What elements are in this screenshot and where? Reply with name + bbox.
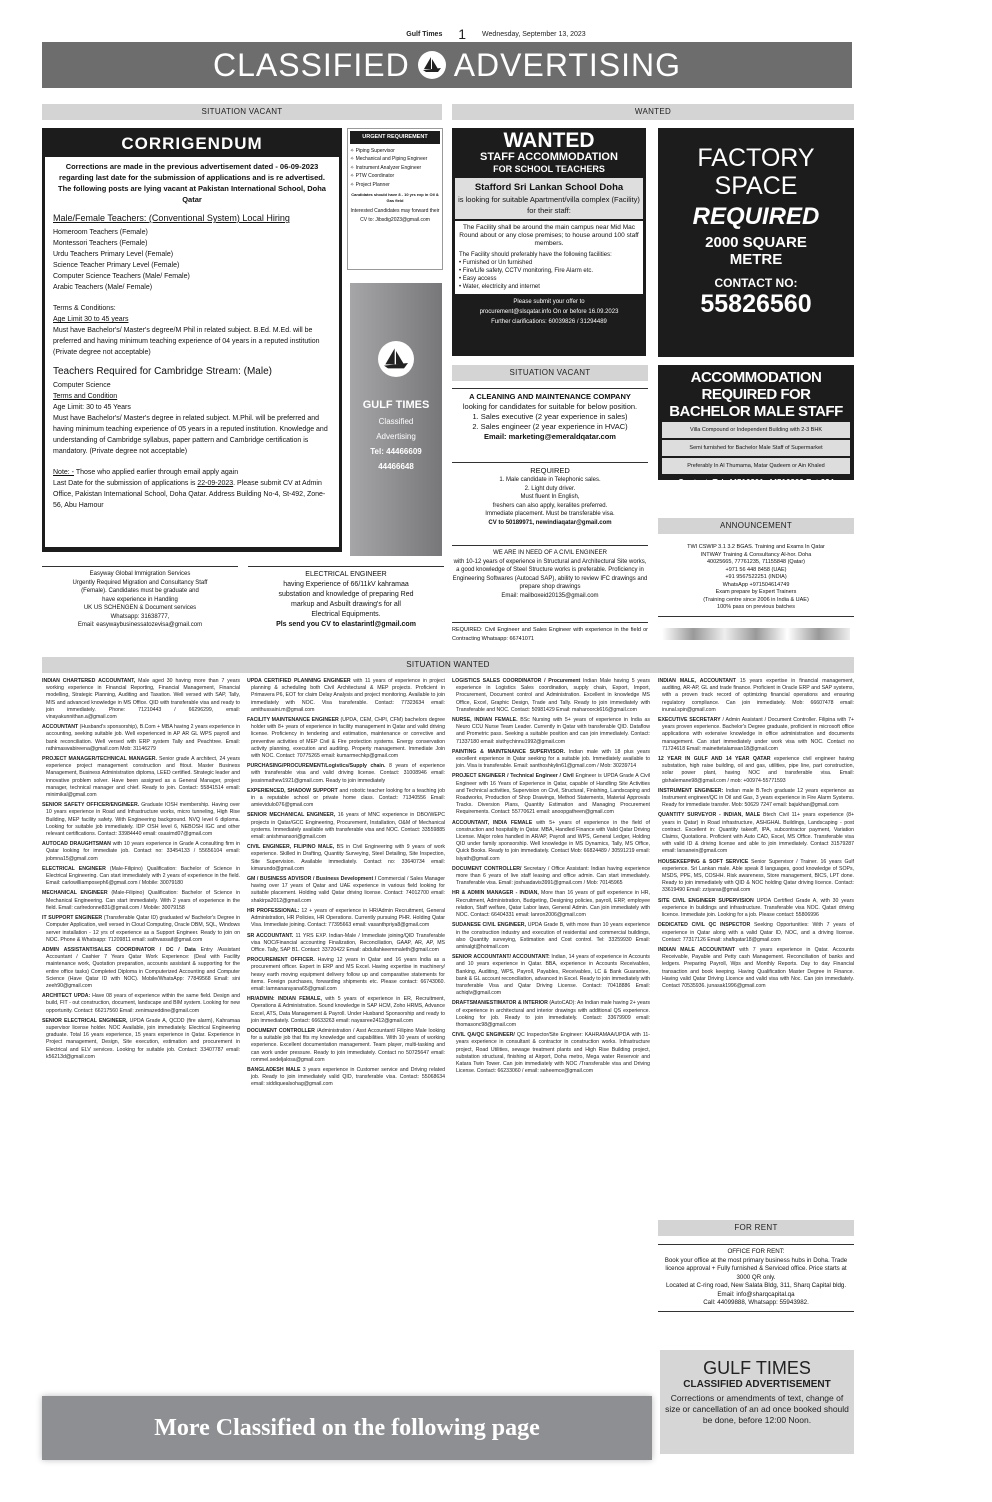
- easyway-ad: Easyway Global Immigration Services Urge…: [42, 566, 238, 630]
- terms-label-2: Terms and Condition: [53, 391, 331, 402]
- easyway-line: UK US SCHENGEN & Document services: [42, 604, 238, 613]
- submit-text: Please submit your offer to: [455, 297, 643, 307]
- listing-item: CIVIL QA/QC ENGINEER/ QC Inspector/Site …: [452, 1032, 650, 1075]
- listing-item: AUTOCAD DRAUGHTSMAN with 10 years experi…: [42, 841, 240, 863]
- listing-item: HR PROFESSIONAL: 12 + years of experienc…: [247, 908, 445, 930]
- accommodation-required-ad: ACCOMMODATION REQUIRED FOR BACHELOR MALE…: [658, 365, 854, 480]
- note-label: Note: -: [53, 469, 74, 476]
- listing-item: GM / BUSINESS ADVISOR / Business Develop…: [247, 876, 445, 905]
- listing-text: Senior grade A architect, 24 years exper…: [46, 756, 240, 798]
- wanted-accommodation-ad: WANTED STAFF ACCOMMODATION FOR SCHOOL TE…: [452, 128, 646, 356]
- announcement-line: TWI CSWIP 3.1 3.2 BGAS. Training and Exa…: [658, 544, 854, 552]
- announcement-line: 100% pass on previous batches: [658, 604, 854, 612]
- listing-heading: INDIAN MALE, ACCOUNTANT: [658, 678, 736, 684]
- cleaning-line: 1. Sales executive (2 year experience in…: [452, 412, 648, 422]
- listing-heading: PROCUREMENT OFFICER.: [247, 957, 315, 963]
- heading-local-hiring: Male/Female Teachers: (Conventional Syst…: [53, 213, 331, 224]
- listing-heading: AUTOCAD DRAUGHTSMAN: [42, 841, 111, 847]
- required-line: freshers can also apply, keralites prefe…: [452, 502, 648, 511]
- listing-heading: CIVIL QA/QC ENGINEER/: [452, 1032, 515, 1038]
- easyway-line: (Female). Candidates must be graduate an…: [42, 587, 238, 596]
- listing-heading: HOUSEKEEPING & SOFT SERVICE: [658, 859, 748, 865]
- accommodation-title: ACCOMMODATION REQUIRED FOR BACHELOR MALE…: [662, 369, 850, 420]
- promo-line1: Classified: [350, 417, 442, 426]
- listing-heading: HR PROFESSIONAL:: [247, 908, 299, 914]
- more-classified-banner: More Classified on the following page: [42, 1396, 652, 1460]
- listing-item: SENIOR MECHANICAL ENGINEER, 16 years of …: [247, 812, 445, 841]
- urgent-item: ✧ Piping Supervisor: [350, 147, 440, 156]
- listing-heading: HR/ADMIN: INDIAN FEMALE,: [247, 996, 322, 1002]
- accommodation-row: Semi furnished for Bachelor Male Staff o…: [662, 440, 850, 456]
- publication-name: Gulf Times: [406, 31, 442, 38]
- urgent-title: URGENT REQUIREMENT: [350, 131, 440, 144]
- electrical-line: substation and knowledge of preparing Re…: [248, 590, 444, 600]
- listing-item: ELECTRICAL ENGINEER (Male-Filipino) Qual…: [42, 866, 240, 888]
- listing-heading: EXECUTIVE SECRETARY: [658, 717, 721, 723]
- post-item: Montessori Teachers (Female): [53, 238, 331, 249]
- listing-heading: ARCHITECT UPDA:: [42, 993, 90, 999]
- gt-notice-text: Corrections or amendments of text, chang…: [660, 1391, 854, 1428]
- promo-tel2: 44466648: [350, 462, 442, 471]
- factory-l3: REQUIRED: [658, 200, 854, 234]
- post-item: Computer Science Teachers (Male/ Female): [53, 271, 331, 282]
- listing-item: DOCUMENT CONTROLLER/ Secretary / Office …: [452, 866, 650, 888]
- urgent-contact: Interested Candidates may forward their …: [350, 207, 440, 224]
- accommodation-row: Preferably In Al Thumama, Matar Qadeem o…: [662, 458, 850, 474]
- dhow-logo-icon: [378, 341, 414, 377]
- civil-email: Email: mailboxeid20135@gmail.com: [452, 592, 648, 601]
- section-announcement: ANNOUNCEMENT: [658, 518, 854, 534]
- corrigendum-lead: Corrections are made in the previous adv…: [53, 161, 331, 205]
- factory-contact-label: CONTACT NO:: [658, 276, 854, 290]
- listing-heading: SENIOR ELECTRICAL ENGINEER,: [42, 1018, 127, 1024]
- listing-heading: SR ACCOUNTANT.: [247, 933, 293, 939]
- gt-title: GULF TIMES: [660, 1358, 854, 1378]
- office-for-rent-ad: OFFICE FOR RENT: Book your office at the…: [658, 1244, 854, 1312]
- listing-heading: PROJECT MANAGER/TECHNICAL MANAGER.: [42, 756, 157, 762]
- listing-heading: BANGLADESH MALE: [247, 1067, 301, 1073]
- situation-wanted-col2: UPDA CERTIFIED PLANNING ENGINEER with 11…: [247, 678, 445, 1390]
- listing-heading: FACILITY MAINTENANCE ENGINEER: [247, 717, 339, 723]
- listing-item: HOUSEKEEPING & SOFT SERVICE Senior Super…: [658, 859, 854, 895]
- listing-text: with 7 years experience in Qatar. Accoun…: [662, 947, 854, 989]
- listing-heading: SENIOR MECHANICAL ENGINEER,: [247, 812, 335, 818]
- subject: Computer Science: [53, 380, 331, 391]
- urgent-item: ✧ Mechanical and Piping Engineer: [350, 155, 440, 164]
- decorative-gradient-bar: [662, 628, 850, 640]
- urgent-item: ✧ Project Planner: [350, 181, 440, 190]
- listing-item: PURCHASING/PROCUREMENT/Logistics/Supply …: [247, 763, 445, 785]
- listing-heading: SENIOR ACCOUNTANT/ ACCOUNTANT:: [452, 954, 550, 960]
- listing-item: ACCOUNTANT (Husband's sponsorship), B.Co…: [42, 724, 240, 753]
- listing-heading: ACCOUNTANT, INDIA FEMALE: [452, 820, 532, 826]
- electrical-line: markup and Asbuilt drawing's for all: [248, 600, 444, 610]
- listing-item: INDIAN MALE, ACCOUNTANT 15 years experti…: [658, 678, 854, 714]
- listing-heading: INSTRUMENT ENGINEER:: [658, 788, 723, 794]
- last-date-text: Last Date for the submission of applicat…: [53, 478, 331, 511]
- listing-item: LOGISTICS SALES COORDINATOR / Procuremen…: [452, 678, 650, 714]
- wanted-subtitle2: FOR SCHOOL TEACHERS: [455, 163, 643, 175]
- listing-text: Male aged 30 having more than 7 years wo…: [46, 678, 240, 720]
- cleaning-line: 2. Sales engineer (2 year experience in …: [452, 422, 648, 432]
- listing-heading: ELECTRICAL ENGINEER: [42, 866, 106, 872]
- easyway-line: Easyway Global Immigration Services: [42, 570, 238, 579]
- submit-email: procurement@slsqatar.info On or before 1…: [455, 307, 643, 317]
- note-text: Those who applied earlier through email …: [76, 469, 238, 476]
- listing-heading: QUANTITY SURVEYOR - INDIAN, MALE: [658, 812, 760, 818]
- urgent-requirement-ad: URGENT REQUIREMENT ✧ Piping Supervisor ✧…: [347, 128, 443, 270]
- required-line: Immediate placement. Must be transferabl…: [452, 510, 648, 519]
- facility-item: • Fire/Life safety, CCTV monitoring, Fir…: [459, 267, 639, 275]
- cleaning-title: A CLEANING AND MAINTENANCE COMPANY: [452, 392, 648, 402]
- listing-item: EXPERIENCED, SHADOW SUPPORT and robotic …: [247, 788, 445, 810]
- listing-item: DEDICATED CIVIL QC INSPECTOR Seeking Opp…: [658, 922, 854, 944]
- factory-l4: 2000 SQUARE: [658, 234, 854, 251]
- listing-item: SENIOR SAFETY OFFICER/ENGINEER. Graduate…: [42, 802, 240, 838]
- last-date-pre: Last Date for the submission of applicat…: [53, 480, 195, 487]
- required-line: 2. Light duty driver.: [452, 485, 648, 494]
- listing-item: MECHANICAL ENGINEER (Male-Filipino) Qual…: [42, 890, 240, 912]
- requirement-text: Must have Bachelor's/ Master's degree/M …: [53, 325, 331, 358]
- announcement-line: INTWAY Training & Consultancy Al-hor. Do…: [658, 552, 854, 560]
- listing-heading: LOGISTICS SALES COORDINATOR / Procuremen…: [452, 678, 580, 684]
- civil-engineer-ad: WE ARE IN NEED OF A CIVIL ENGINEER with …: [452, 545, 648, 600]
- heading-cambridge: Teachers Required for Cambridge Stream: …: [53, 366, 331, 377]
- rent-line: Located at C-ring road, New Salata Bldg,…: [658, 1282, 854, 1291]
- rent-call: Call: 44099888, Whatsapp: 55943982.: [658, 1299, 854, 1308]
- listing-item: PAINTING & MAINTENANCE SUPERVISOR. India…: [452, 749, 650, 771]
- listing-heading: DOCUMENT CONTROLLER/: [452, 866, 522, 872]
- urgent-item: ✧ PTW Coordinator: [350, 172, 440, 181]
- section-for-rent: FOR RENT: [658, 1220, 854, 1236]
- facility-item: • Furnished or Un furnished: [459, 259, 639, 267]
- listing-item: ADMIN ASSISTANT/SALES COORDINATOR / DC /…: [42, 947, 240, 990]
- factory-contact-number: 55826560: [658, 290, 854, 319]
- listing-heading: CIVIL ENGINEER, FILIPINO MALE,: [247, 844, 334, 850]
- listing-item: SITE CIVIL ENGINEER SUPERVISION UPDA Cer…: [658, 898, 854, 920]
- listing-item: UPDA CERTIFIED PLANNING ENGINEER with 11…: [247, 678, 445, 714]
- situation-wanted-col3: LOGISTICS SALES COORDINATOR / Procuremen…: [452, 678, 650, 1390]
- announcement-ad: TWI CSWIP 3.1 3.2 BGAS. Training and Exa…: [658, 544, 854, 617]
- post-item: Science Teacher Primary Level (Female): [53, 260, 331, 271]
- listing-item: BANGLADESH MALE 3 years experience in Cu…: [247, 1067, 445, 1089]
- required-line: Must fluent In English,: [452, 493, 648, 502]
- listing-heading: PAINTING & MAINTENANCE SUPERVISOR.: [452, 749, 565, 755]
- banner-left: CLASSIFIED: [213, 47, 410, 84]
- dhow-logo-icon: [418, 51, 446, 79]
- age-limit: Age Limit 30 to 45 years: [53, 314, 331, 325]
- listing-item: 12 YEAR IN GULF AND 14 YEAR QATAR experi…: [658, 756, 854, 785]
- listing-heading: HR & ADMIN MANAGER - INDIAN,: [452, 890, 539, 896]
- classified-banner: CLASSIFIED ADVERTISING: [42, 42, 852, 88]
- listing-item: HR & ADMIN MANAGER - INDIAN, More than 1…: [452, 890, 650, 919]
- facility-item: • Easy access: [459, 275, 639, 283]
- listing-heading: UPDA CERTIFIED PLANNING ENGINEER: [247, 678, 351, 684]
- civil-body: with 10-12 years of experience in Struct…: [452, 558, 648, 592]
- announcement-line: 40025665, 77761235, 71155848 (Qatar): [658, 559, 854, 567]
- listing-item: DRAFTSMAN/ESTIMATOR & INTERIOR (AutoCAD)…: [452, 1000, 650, 1029]
- required-ad: REQUIRED 1. Male candidate in Telephonic…: [452, 462, 648, 527]
- listing-heading: SUDANESE CIVIL ENGINEER,: [452, 922, 526, 928]
- listing-heading: INDIAN CHARTERED ACCOUNTANT,: [42, 678, 135, 684]
- wanted-title: WANTED: [455, 131, 643, 151]
- listing-heading: PURCHASING/PROCUREMENT/Logistics/Supply …: [247, 763, 385, 769]
- listing-item: SENIOR ELECTRICAL ENGINEER, UPDA Grade A…: [42, 1018, 240, 1061]
- listing-heading: DRAFTSMAN/ESTIMATOR & INTERIOR: [452, 1000, 548, 1006]
- listing-item: QUANTITY SURVEYOR - INDIAN, MALE Btech C…: [658, 812, 854, 855]
- listing-heading: SENIOR SAFETY OFFICER/ENGINEER.: [42, 802, 139, 808]
- listing-heading: ADMIN ASSISTANT/SALES COORDINATOR / DC /…: [42, 947, 196, 953]
- listing-heading: EXPERIENCED, SHADOW SUPPORT: [247, 788, 338, 794]
- age-limit-2: Age Limit: 30 to 45 Years: [53, 402, 331, 413]
- facility-item: • Water, electricity and internet: [459, 283, 639, 291]
- listing-heading: ACCOUNTANT: [42, 724, 78, 730]
- listing-item: SENIOR ACCOUNTANT/ ACCOUNTANT: Indian, 1…: [452, 954, 650, 997]
- listing-text: Entry /Assistant Accountant / Cashier 7 …: [46, 947, 240, 989]
- announcement-line: +91 9567522251 (INDIA): [658, 574, 854, 582]
- promo-name: GULF TIMES: [350, 399, 442, 411]
- easyway-line: Urgently Required Migration and Consulta…: [42, 579, 238, 588]
- urgent-item: ✧ Instrument Analyzer Engineer: [350, 164, 440, 173]
- situation-wanted-col1: INDIAN CHARTERED ACCOUNTANT, Male aged 3…: [42, 678, 240, 1390]
- required-civil-sales-ad: REQUIRED: Civil Engineer and Sales Engin…: [452, 622, 648, 643]
- factory-space-ad: FACTORY SPACE REQUIRED 2000 SQUARE METRE…: [658, 128, 854, 357]
- issue-date: Wednesday, September 13, 2023: [482, 31, 586, 38]
- listing-item: PROJECT MANAGER/TECHNICAL MANAGER. Senio…: [42, 756, 240, 799]
- required-contact: CV to 50189971, newindiaqatar@gmail.com: [452, 519, 648, 528]
- listing-text: Btech Civil 11+ years experience (8+ yea…: [662, 812, 854, 854]
- listing-heading: 12 YEAR IN GULF AND 14 YEAR QATAR: [658, 756, 771, 762]
- post-item: Urdu Teachers Primary Level (Female): [53, 249, 331, 260]
- electrical-contact: Pls send you CV to elastarintl@gmail.com: [248, 620, 444, 630]
- announcement-line: +971 56 448 8458 (UAE): [658, 567, 854, 575]
- section-situation-vacant-2: SITUATION VACANT: [452, 365, 648, 381]
- announcement-line: Exam prepare by Expert Trainers: [658, 589, 854, 597]
- required-title: REQUIRED: [452, 466, 648, 476]
- electrical-title: ELECTRICAL ENGINEER: [248, 570, 444, 580]
- section-wanted: WANTED: [452, 104, 854, 120]
- accommodation-row: Villa Compound or Independent Building w…: [662, 422, 850, 438]
- listing-heading: PROJECT ENGINEER / Technical Engineer / …: [452, 773, 574, 779]
- school-box: Stafford Sri Lankan School Dohais lookin…: [455, 178, 643, 219]
- corrigendum-title: CORRIGENDUM: [45, 131, 339, 157]
- listing-item: INSTRUMENT ENGINEER: Indian male B.Tech …: [658, 788, 854, 810]
- post-item: Arabic Teachers (Male/ Female): [53, 282, 331, 293]
- listing-item: SUDANESE CIVIL ENGINEER, UPDA Grade B, w…: [452, 922, 650, 951]
- factory-l1: FACTORY: [658, 144, 854, 172]
- rent-email: Email: info@sharqcapital.qa: [658, 1291, 854, 1300]
- wanted-subtitle: STAFF ACCOMMODATION: [455, 151, 643, 163]
- listing-item: ACCOUNTANT, INDIA FEMALE with 5+ years o…: [452, 820, 650, 863]
- post-item: Homeroom Teachers (Female): [53, 227, 331, 238]
- listing-item: ARCHITECT UPDA: Have 08 years of experie…: [42, 993, 240, 1015]
- listing-item: CIVIL ENGINEER, FILIPINO MALE, BS in Civ…: [247, 844, 445, 873]
- factory-l2: SPACE: [658, 172, 854, 200]
- listing-heading: MECHANICAL ENGINEER: [42, 890, 108, 896]
- listing-heading: DOCUMENT CONTROLLER: [247, 1028, 315, 1034]
- listing-item: NURSE, INDIAN FEMALE. BSc Nursing with 5…: [452, 717, 650, 746]
- terms-label: Terms & Conditions:: [53, 303, 331, 314]
- listing-item: PROJECT ENGINEER / Technical Engineer / …: [452, 773, 650, 816]
- facility-location: The Facility shall be around the main ca…: [459, 224, 639, 248]
- listing-item: PROCUREMENT OFFICER. Having 12 years in …: [247, 957, 445, 993]
- listing-text: Engineer is UPDA Grade A Civil Engineer …: [456, 773, 650, 815]
- civil-title: WE ARE IN NEED OF A CIVIL ENGINEER: [452, 549, 648, 558]
- required-line: 1. Male candidate in Telephonic sales.: [452, 476, 648, 485]
- facility-pref: The Facility should preferably have the …: [459, 251, 639, 259]
- listing-heading: INDIAN MALE ACCOUNTANT: [658, 947, 735, 953]
- listing-item: DOCUMENT CONTROLLER /Administration / As…: [247, 1028, 445, 1064]
- accommodation-timing: (Contact timing: Sunday- Thursday 8:00 A…: [662, 487, 850, 493]
- easyway-line: Email: easywaybusinessatozevisa@gmail.co…: [42, 621, 238, 630]
- listing-item: FACILITY MAINTENANCE ENGINEER (UPDA, CEM…: [247, 717, 445, 760]
- gulf-times-promo: GULF TIMES Classified Advertising Tel: 4…: [350, 283, 442, 556]
- cleaning-line: looking for candidates for suitable for …: [452, 402, 648, 412]
- facility-box: The Facility shall be around the main ca…: [455, 221, 643, 294]
- corrigendum-ad: CORRIGENDUM Corrections are made in the …: [42, 128, 342, 552]
- listing-item: HR/ADMIN: INDIAN FEMALE, with 5 years of…: [247, 996, 445, 1025]
- gt-subtitle: CLASSIFIED ADVERTISEMENT: [660, 1378, 854, 1391]
- rent-title: OFFICE FOR RENT:: [658, 1248, 854, 1257]
- easyway-line: Whatsapp: 31638777,: [42, 613, 238, 622]
- listing-heading: SITE CIVIL ENGINEER SUPERVISION: [658, 898, 754, 904]
- further-contact: Further clarifications: 60039826 / 31294…: [455, 317, 643, 327]
- cleaning-company-ad: A CLEANING AND MAINTENANCE COMPANY looki…: [452, 388, 648, 442]
- listing-text: QC Inspector/Site Engineer: KAHRAMAA/UPD…: [456, 1032, 650, 1074]
- page-number: 1: [458, 26, 466, 42]
- listing-text: UPDA Grade A, QCDD (fire alarm), Kahrama…: [46, 1018, 240, 1060]
- listing-text: (UPDA, CEM, CHPI, CFM) bachelors degree …: [251, 717, 445, 759]
- easyway-line: have experience in Handling: [42, 596, 238, 605]
- gulf-times-classified-notice: GULF TIMES CLASSIFIED ADVERTISEMENT Corr…: [660, 1350, 854, 1454]
- last-date: 22-09-2023: [197, 480, 233, 487]
- note: Note: - Those who applied earlier throug…: [53, 467, 331, 478]
- school-looking: is looking for suitable Apartment/villa …: [458, 195, 640, 215]
- electrical-line: Electrical Equipments.: [248, 610, 444, 620]
- factory-l5: METRE: [658, 251, 854, 268]
- requirement-text-2: Must have Bachelor's/ Master's degree in…: [53, 413, 331, 457]
- section-situation-wanted: SITUATION WANTED: [42, 657, 854, 673]
- listing-item: SR ACCOUNTANT. 11 YRS EXP. Indian-Male /…: [247, 933, 445, 955]
- listing-text: with 5+ years of experience in the field…: [456, 820, 650, 862]
- accommodation-contact: Contact: Tel. 44516301, 44516302 Ext 234: [662, 478, 850, 487]
- listing-item: INDIAN CHARTERED ACCOUNTANT, Male aged 3…: [42, 678, 240, 721]
- urgent-note: Candidates should have 8 - 10 yrs exp in…: [350, 192, 440, 204]
- listing-item: INDIAN MALE ACCOUNTANT with 7 years expe…: [658, 947, 854, 990]
- announcement-line: WhatsApp +971504614749: [658, 582, 854, 590]
- listing-heading: IT SUPPORT ENGINEER: [42, 915, 102, 921]
- cleaning-email: Email: marketing@emeraldqatar.com: [452, 432, 648, 442]
- situation-wanted-col4: INDIAN MALE, ACCOUNTANT 15 years experti…: [658, 678, 854, 1210]
- school-name: Stafford Sri Lankan School Doha: [457, 181, 641, 194]
- masthead-info: Gulf Times 1 Wednesday, September 13, 20…: [0, 26, 992, 42]
- listing-heading: GM / BUSINESS ADVISOR / Business Develop…: [247, 876, 376, 882]
- listing-heading: NURSE, INDIAN FEMALE.: [452, 717, 518, 723]
- rent-line: Book your office at the most primary bus…: [658, 1257, 854, 1283]
- listing-text: Indian, 14 years of experience in Accoun…: [456, 954, 650, 996]
- listing-heading: DEDICATED CIVIL QC INSPECTOR: [658, 922, 750, 928]
- electrical-line: having Experience of 66/11kV kahramaa: [248, 580, 444, 590]
- promo-line2: Advertising: [350, 432, 442, 441]
- electrical-engineer-ad: ELECTRICAL ENGINEER having Experience of…: [248, 566, 444, 630]
- listing-item: EXECUTIVE SECRETARY / Admin Assistant / …: [658, 717, 854, 753]
- section-situation-vacant: SITUATION VACANT: [42, 104, 442, 120]
- announcement-line: (Training centre since 2006 in India & U…: [658, 597, 854, 605]
- promo-tel: Tel: 44466609: [350, 447, 442, 456]
- banner-right: ADVERTISING: [454, 47, 681, 84]
- listing-item: IT SUPPORT ENGINEER (Transferable Qatar …: [42, 915, 240, 944]
